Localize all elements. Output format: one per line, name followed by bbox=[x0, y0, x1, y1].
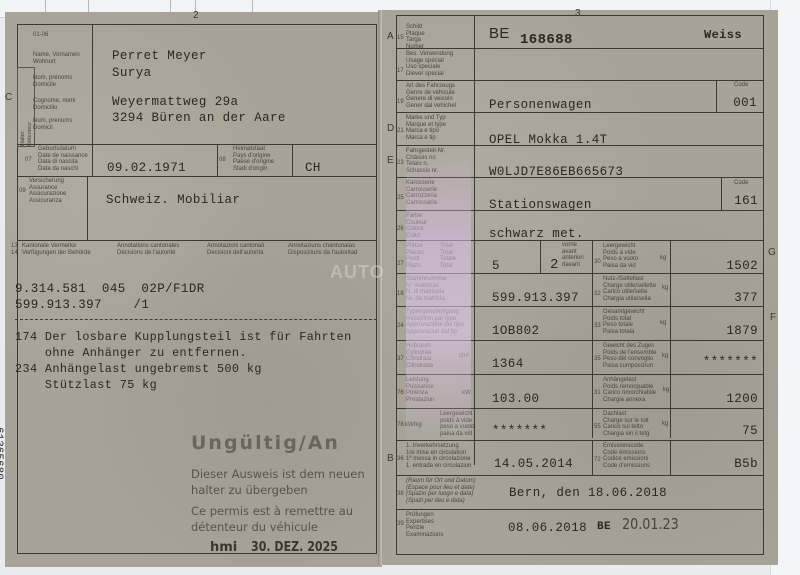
origin-country: CH bbox=[305, 161, 321, 175]
side-letter-d: D bbox=[387, 123, 394, 134]
empty-weight-label: Leergewicht Poids à vide Peso a vuoto Pa… bbox=[603, 243, 638, 269]
power-label: Leistung Puissance Potenza Prestaziun bbox=[406, 377, 434, 403]
type-approval-value: 1OB802 bbox=[492, 324, 539, 338]
place-date-value: Bern, den 18.06.2018 bbox=[509, 486, 667, 500]
field-number: 72 bbox=[594, 457, 601, 463]
stamp-fr-line1: Ce permis est à remettre au bbox=[191, 504, 353, 518]
divider bbox=[396, 440, 764, 441]
divider bbox=[396, 408, 764, 409]
field-number: 33 bbox=[594, 323, 601, 329]
divider bbox=[592, 440, 593, 475]
first-registration-label: 1. Inverkehrsetzung 1re mise en circulat… bbox=[406, 443, 471, 469]
displacement-label: Hubraum Cylindrée Cilindrata Cilindrada bbox=[406, 343, 433, 369]
annotation-note-234-line1: 234 Anhängelast ungebremst 500 kg bbox=[15, 362, 262, 376]
annotation-line-2: 599.913.397 /1 bbox=[15, 298, 149, 312]
body-code: 161 bbox=[734, 194, 758, 208]
watermark: AUTO bbox=[330, 262, 385, 283]
color-label: Farbe Couleur Colore Colur bbox=[406, 213, 427, 239]
annotations-header-de: Kantonale Vermerke Verfügungen der Behör… bbox=[22, 243, 91, 256]
special-use-label: Bes. Verwendung Usage spécial Uso specia… bbox=[406, 51, 453, 77]
field-number: 30 bbox=[594, 259, 601, 265]
seats-total: 5 bbox=[492, 259, 500, 273]
unit-kg: kg bbox=[660, 255, 666, 262]
stamp-date: 30. DEZ. 2025 bbox=[251, 540, 338, 555]
divider bbox=[396, 80, 764, 81]
divider bbox=[292, 144, 293, 176]
total-weight-value: 1879 bbox=[726, 324, 758, 338]
field-number: 78 bbox=[397, 422, 404, 428]
field-number: 37 bbox=[397, 356, 404, 362]
divider bbox=[396, 306, 764, 307]
holder-section-code: 01-06 bbox=[33, 32, 48, 39]
trailer-load-value: 1200 bbox=[726, 392, 758, 406]
field-number: 26 bbox=[397, 226, 404, 232]
unit-kg: kg bbox=[662, 285, 668, 292]
divider bbox=[396, 509, 764, 510]
annotation-note-174-line2: ohne Anhänger zu entfernen. bbox=[15, 346, 247, 360]
stamp-de-line1: Dieser Ausweis ist dem neuen bbox=[191, 467, 365, 481]
field-number: 13 bbox=[11, 243, 18, 249]
plate-color: Weiss bbox=[704, 28, 742, 42]
field-number: 25 bbox=[397, 195, 404, 201]
divider bbox=[87, 176, 88, 240]
field-number: 32 bbox=[594, 291, 601, 297]
divider bbox=[396, 112, 764, 113]
holder-label-it: Cognome, nomi Domicilio bbox=[33, 98, 75, 111]
document-serial-number: 61365680 bbox=[0, 427, 4, 480]
plate-label: Schild Plaque Targa Numer bbox=[406, 24, 425, 50]
power-to-weight-label: kW/kg bbox=[405, 422, 422, 429]
chassis-label: Fahrgestell-Nr. Châssis no Telaio n. Sch… bbox=[406, 148, 445, 174]
body-label: Karosserie Carrosserie Carrozzeria Carro… bbox=[406, 180, 437, 206]
holder-last-name: Perret Meyer bbox=[112, 49, 207, 63]
annotation-line-1: 9.314.581 045 02P/F1DR bbox=[15, 282, 205, 296]
divider bbox=[670, 440, 671, 475]
type-approval-label: Typengenehmigung Réception par type Appr… bbox=[406, 309, 464, 335]
vehicle-type-code-label: Code bbox=[734, 82, 748, 89]
unit-cm3: cm³ bbox=[459, 353, 469, 360]
holder-first-name: Surya bbox=[112, 66, 152, 80]
trailer-load-label: Anhängelast Poids remorquable Carico rim… bbox=[603, 377, 656, 403]
field-number: 35 bbox=[594, 356, 601, 362]
emission-code-value: B5b bbox=[734, 457, 758, 471]
field-number: 36 bbox=[397, 456, 404, 462]
power-value: 103.00 bbox=[492, 392, 539, 406]
divider bbox=[396, 475, 764, 476]
emission-code-label: Emissionscode Code émissions Codice emis… bbox=[603, 443, 650, 469]
power-to-weight-value: ******* bbox=[492, 424, 547, 438]
field-number: 21 bbox=[397, 128, 404, 134]
holder-street: Weyermattweg 29a bbox=[112, 95, 238, 109]
divider bbox=[17, 240, 377, 241]
field-number: 31 bbox=[594, 390, 601, 396]
dashed-separator bbox=[15, 319, 377, 320]
divider bbox=[17, 144, 377, 145]
train-weight-value: ******* bbox=[703, 355, 758, 369]
invalid-stamp-title: Ungültig/An bbox=[191, 432, 340, 454]
divider bbox=[396, 177, 764, 178]
annotations-header-rm: Annotaziuns chantunalas Disposiziuns da … bbox=[288, 243, 358, 256]
unit-kg: kg bbox=[662, 353, 668, 360]
field-number: 55 bbox=[594, 424, 601, 430]
divider bbox=[396, 340, 764, 341]
birth-date-label: Geburtsdatum Date de naissance Data di n… bbox=[38, 146, 88, 172]
side-letter-b: B bbox=[387, 453, 394, 464]
seats-front: 2 bbox=[550, 257, 559, 273]
field-number: 27 bbox=[397, 261, 404, 267]
birth-date: 09.02.1971 bbox=[107, 161, 186, 175]
divider bbox=[17, 176, 377, 177]
type-number-label: Stammnummer N° matricule N. di matricola… bbox=[406, 276, 447, 302]
side-letter-e: E bbox=[387, 155, 394, 166]
payload-label: Nutz-/Sattellast Charge utile/sellette C… bbox=[603, 276, 656, 302]
side-letter-f: F bbox=[770, 312, 776, 323]
divider bbox=[716, 80, 717, 112]
first-registration-date: 14.05.2014 bbox=[494, 457, 573, 471]
divider bbox=[92, 24, 93, 156]
divider bbox=[396, 374, 764, 375]
stamp-de-line2: halter zu übergeben bbox=[191, 483, 308, 497]
stamp-fr-line2: détenteur du véhicule bbox=[191, 520, 318, 534]
roof-load-label: Dachlast Charge sur le toit Carico sul t… bbox=[603, 411, 649, 437]
body-code-label: Code bbox=[734, 180, 748, 187]
plate-canton: BE bbox=[489, 25, 510, 42]
insurance-label: Versicherung Assurance Assicurazione Ass… bbox=[29, 178, 66, 204]
divider bbox=[396, 210, 764, 211]
seats-front-label: vorne avant anteriori davant bbox=[562, 242, 584, 268]
divider bbox=[721, 177, 722, 210]
vehicle-type-value: Personenwagen bbox=[489, 98, 592, 112]
power-to-weight-label-2: Leergewicht poids à vide peso a vuoto pa… bbox=[440, 411, 474, 437]
insurance-value: Schweiz. Mobiliar bbox=[106, 193, 240, 207]
field-number: 15 bbox=[397, 35, 404, 41]
place-date-label: (Raum für Ort und Datum) (Espace pour li… bbox=[406, 478, 476, 504]
unit-kg: kg bbox=[663, 387, 669, 394]
holder-label-rm: Num, prenums Domicil bbox=[33, 118, 72, 131]
make-model-label: Marke und Typ Marque et type Marca e tip… bbox=[406, 115, 446, 141]
annotation-note-234-line2: Stützlast 75 kg bbox=[15, 378, 157, 392]
field-number: 23 bbox=[397, 160, 404, 166]
divider bbox=[540, 240, 541, 273]
empty-weight-value: 1502 bbox=[726, 259, 758, 273]
field-number: 07 bbox=[25, 157, 32, 163]
divider bbox=[396, 48, 764, 49]
field-number: 39 bbox=[397, 521, 404, 527]
divider bbox=[92, 144, 93, 176]
field-number: 18 bbox=[397, 291, 404, 297]
payload-value: 377 bbox=[734, 291, 758, 305]
vehicle-type-label: Art des Fahrzeugs Genre de véhicule Gene… bbox=[406, 83, 456, 109]
unit-kg: kg bbox=[660, 320, 666, 327]
seats-total-label: Total Total Totale Total bbox=[440, 243, 456, 269]
annotation-note-174-line1: 174 Der losbare Kupplungsteil ist für Fa… bbox=[15, 330, 352, 344]
inspection-label: Prüfungen Expertises Perizie Examinaziun… bbox=[406, 512, 443, 538]
side-letter-c: C bbox=[5, 92, 12, 103]
color-value: schwarz met. bbox=[489, 227, 584, 241]
annotations-header-it: Annotazioni cantonali Decisioni dell'aut… bbox=[207, 243, 264, 256]
page-number: 2 bbox=[193, 10, 199, 21]
type-number-value: 599.913.397 bbox=[492, 291, 579, 305]
left-page: 2 01-06 Halter Détenteur C Name, Vorname… bbox=[5, 12, 382, 567]
divider bbox=[396, 240, 764, 241]
divider bbox=[396, 273, 764, 274]
roof-load-value: 75 bbox=[742, 424, 758, 438]
holder-city: 3294 Büren an der Aare bbox=[112, 111, 286, 125]
seats-label: Plätze Places Posti Plazs bbox=[406, 243, 424, 269]
inspection-canton: BE bbox=[597, 521, 611, 533]
plate-number: 168688 bbox=[520, 32, 573, 48]
divider bbox=[396, 145, 764, 146]
annotations-header-fr: Annotations cantonales Décisions de l'au… bbox=[117, 243, 179, 256]
side-letter-a: A bbox=[387, 31, 394, 42]
unit-kw: kW bbox=[462, 390, 471, 397]
train-weight-label: Gewicht des Zuges Poids de l'ensemble Pe… bbox=[603, 343, 657, 369]
right-page: 3 A 15 Schild Plaque Targa Numer BE 1686… bbox=[382, 10, 778, 565]
field-number: 14 bbox=[11, 250, 18, 256]
field-number: 38 bbox=[397, 491, 404, 497]
displacement-value: 1364 bbox=[492, 357, 524, 371]
inspection-stamp-date: 20.01.23 bbox=[622, 515, 679, 533]
field-number: 17 bbox=[397, 68, 404, 74]
inspection-date: 08.06.2018 bbox=[508, 521, 587, 535]
field-number: 19 bbox=[397, 99, 404, 105]
vehicle-type-code: 001 bbox=[733, 96, 757, 110]
field-number: 09 bbox=[19, 188, 26, 194]
holder-label-fr: Nom, prénoms Domicile bbox=[33, 75, 72, 88]
total-weight-label: Gesamtgewicht Poids total Peso totale Pa… bbox=[603, 309, 644, 335]
side-letter-g: G bbox=[768, 247, 776, 258]
field-number: 08 bbox=[219, 157, 226, 163]
origin-label: Heimatstaat Pays d'origine Paese d'origi… bbox=[233, 146, 274, 172]
divider bbox=[217, 144, 218, 176]
field-number: 24 bbox=[397, 323, 404, 329]
unit-kg: kg bbox=[662, 421, 668, 428]
holder-label-de: Name, Vornamen Wohnort bbox=[33, 52, 80, 65]
field-number: 76 bbox=[397, 390, 404, 396]
stamp-initials: hmi bbox=[210, 540, 237, 555]
